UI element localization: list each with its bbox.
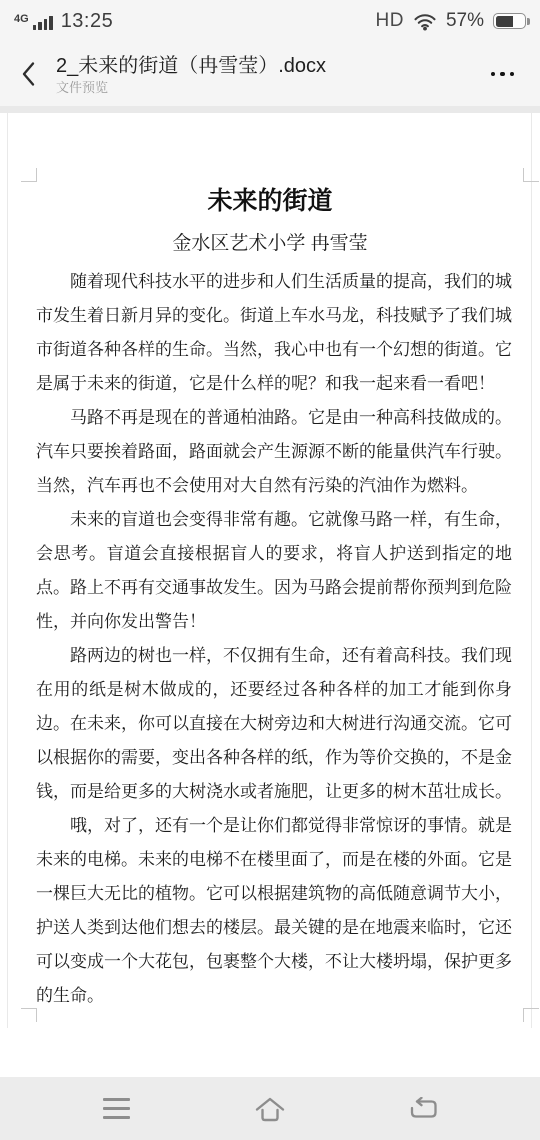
document-title: 未来的街道	[36, 185, 504, 217]
clock-time: 13:25	[61, 10, 114, 33]
document-body: 随着现代科技水平的进步和人们生活质量的提高，我们的城市发生着日新月异的变化。街道…	[36, 265, 512, 1013]
page-left-edge	[7, 113, 8, 1028]
android-nav-bar	[0, 1077, 540, 1140]
back-nav-button[interactable]	[393, 1084, 453, 1134]
battery-percent-label: 57%	[446, 10, 484, 32]
menu-icon	[103, 1098, 130, 1119]
more-options-button[interactable]	[489, 62, 517, 87]
header-divider	[0, 106, 540, 113]
title-bar: 2_未来的街道（冉雪莹）.docx 文件预览	[0, 42, 540, 106]
document-preview[interactable]: 未来的街道 金水区艺术小学 冉雪莹 随着现代科技水平的进步和人们生活质量的提高，…	[0, 113, 540, 1077]
margin-corner-mark	[523, 1008, 539, 1022]
page-right-edge	[531, 113, 532, 1028]
doc-paragraph: 马路不再是现在的普通柏油路。它是由一种高科技做成的。汽车只要挨着路面，路面就会产…	[36, 401, 512, 503]
margin-corner-mark	[21, 1008, 37, 1022]
file-title: 2_未来的街道（冉雪莹）.docx	[56, 53, 489, 79]
doc-paragraph: 路两边的树也一样，不仅拥有生命，还有着高科技。我们现在用的纸是树木做成的，还要经…	[36, 639, 512, 809]
chevron-left-icon	[21, 61, 36, 87]
status-bar: 4G 13:25 HD 57%	[0, 0, 540, 42]
signal-bars-icon: 4G	[14, 16, 53, 33]
return-arrow-icon	[407, 1097, 439, 1121]
signal-strength-icon	[33, 16, 53, 30]
volte-hd-indicator: HD	[376, 10, 404, 32]
page-subtitle: 文件预览	[56, 80, 489, 96]
ellipsis-icon	[491, 72, 515, 77]
phone-screen: 4G 13:25 HD 57%	[0, 0, 540, 1140]
margin-corner-mark	[523, 168, 539, 182]
battery-icon	[493, 13, 526, 29]
doc-paragraph: 随着现代科技水平的进步和人们生活质量的提高，我们的城市发生着日新月异的变化。街道…	[36, 265, 512, 401]
wifi-icon	[413, 12, 437, 31]
network-type-label: 4G	[14, 13, 29, 25]
doc-paragraph: 哦，对了，还有一个是让你们都觉得非常惊讶的事情。就是未来的电梯。未来的电梯不在楼…	[36, 809, 512, 1013]
home-icon	[253, 1095, 287, 1123]
document-author: 金水区艺术小学 冉雪莹	[36, 232, 504, 256]
recents-menu-button[interactable]	[87, 1084, 147, 1134]
margin-corner-mark	[21, 168, 37, 182]
doc-paragraph: 未来的盲道也会变得非常有趣。它就像马路一样，有生命，会思考。盲道会直接根据盲人的…	[36, 503, 512, 639]
home-button[interactable]	[240, 1084, 300, 1134]
back-button[interactable]	[12, 52, 44, 96]
